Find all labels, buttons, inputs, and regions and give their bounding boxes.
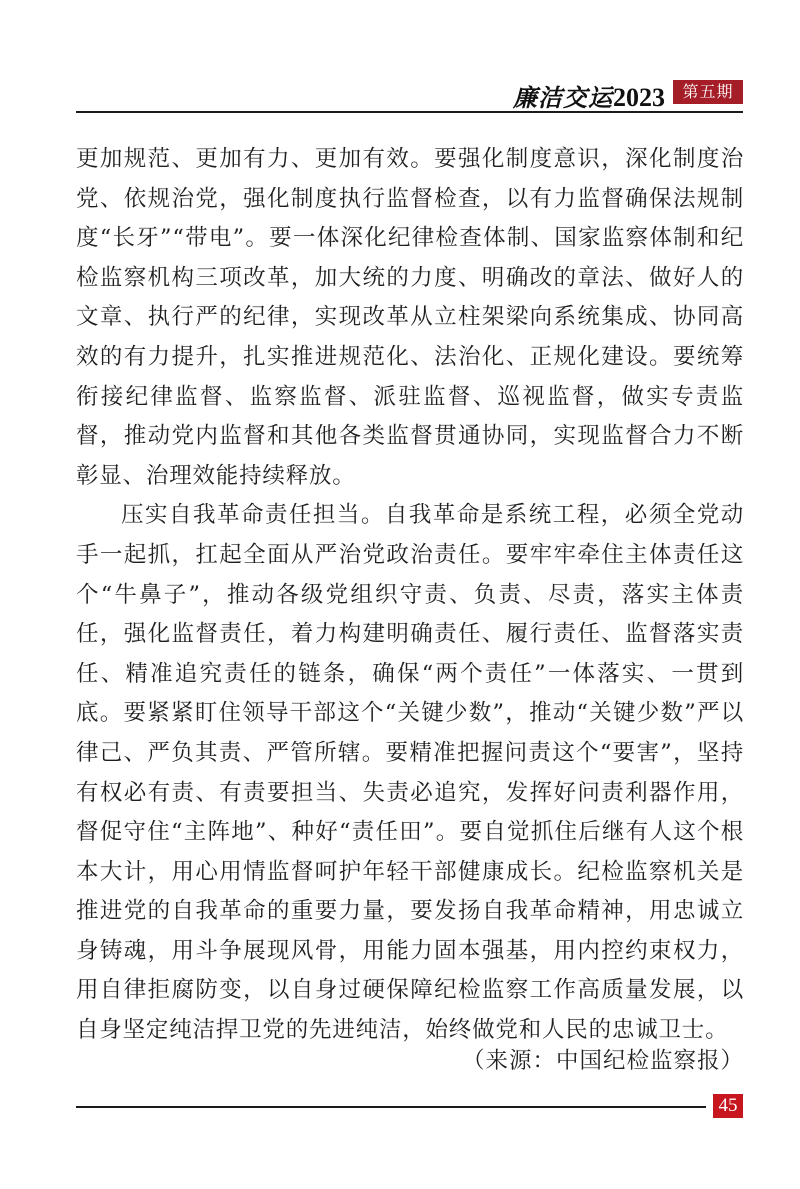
article-paragraph-1: 更加规范、更加有力、更加有效。要强化制度意识，深化制度治党、依规治党，强化制度执… [76,140,744,496]
page-number: 45 [713,1094,743,1118]
magazine-year: 2023 [613,83,665,112]
page-header: 廉洁交运2023 第五期 [76,76,743,112]
issue-badge: 第五期 [673,80,743,104]
header-divider [76,111,743,113]
footer-divider [76,1106,706,1108]
magazine-title: 廉洁交运2023 [513,78,665,113]
magazine-name: 廉洁交运 [513,83,613,112]
article-paragraph-2: 压实自我革命责任担当。自我革命是系统工程，必须全党动手一起抓，扛起全面从严治党政… [76,496,744,1050]
article-source: （来源：中国纪检监察报） [462,1046,744,1076]
article-body: 更加规范、更加有力、更加有效。要强化制度意识，深化制度治党、依规治党，强化制度执… [76,140,744,1051]
